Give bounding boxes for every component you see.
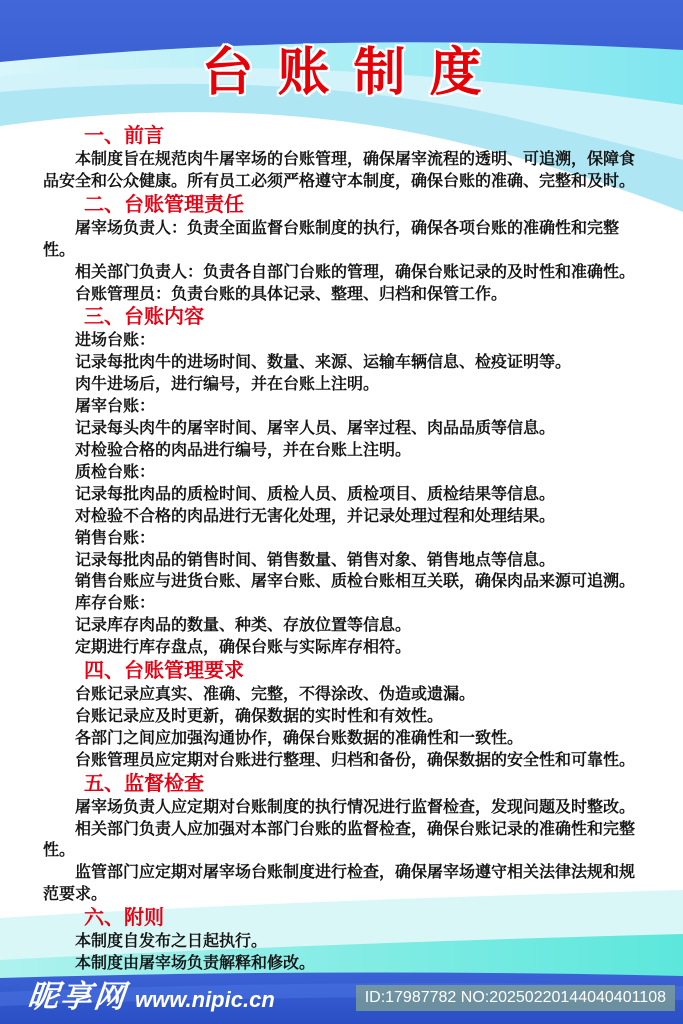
paragraph: 屠宰场负责人应定期对台账制度的执行情况进行监督检查，发现问题及时整改。	[43, 797, 643, 819]
document-section: 五、监督检查 屠宰场负责人应定期对台账制度的执行情况进行监督检查，发现问题及时整…	[43, 773, 643, 907]
section-heading: 四、台账管理要求	[84, 660, 643, 683]
section-heading: 三、台账内容	[84, 306, 643, 329]
paragraph: 记录每批肉品的质检时间、质检人员、质检项目、质检结果等信息。	[43, 484, 643, 506]
ledger-system-poster: 台账制度 一、前言 本制度旨在规范肉牛屠宰场的台账管理，确保屠宰流程的透明、可追…	[0, 0, 683, 1024]
document-section: 一、前言 本制度旨在规范肉牛屠宰场的台账管理，确保屠宰流程的透明、可追溯，保障食…	[43, 125, 643, 193]
paragraph: 记录每头肉牛的屠宰时间、屠宰人员、屠宰过程、肉品品质等信息。	[43, 418, 643, 440]
paragraph: 台账管理员应定期对台账进行整理、归档和备份，确保数据的安全性和可靠性。	[43, 750, 643, 772]
paragraph: 各部门之间应加强沟通协作，确保台账数据的准确性和一致性。	[43, 728, 643, 750]
image-id-badge: ID:17987782 NO:20250220144040401108	[356, 985, 675, 1011]
page-title: 台账制度	[0, 30, 683, 105]
section-heading: 二、台账管理责任	[84, 194, 643, 217]
section-heading: 一、前言	[84, 125, 643, 148]
paragraph: 屠宰台账：	[43, 396, 643, 418]
paragraph: 质检台账：	[43, 462, 643, 484]
paragraph: 销售台账：	[43, 528, 643, 550]
document-section: 六、附则 本制度自发布之日起执行。本制度由屠宰场负责解释和修改。	[43, 907, 643, 975]
paragraph: 库存台账：	[43, 593, 643, 615]
paragraph: 记录库存肉品的数量、种类、存放位置等信息。	[43, 615, 643, 637]
paragraph: 进场台账：	[43, 330, 643, 352]
document-body: 一、前言 本制度旨在规范肉牛屠宰场的台账管理，确保屠宰流程的透明、可追溯，保障食…	[43, 124, 643, 975]
paragraph: 记录每批肉品的销售时间、销售数量、销售对象、销售地点等信息。	[43, 550, 643, 572]
section-heading: 五、监督检查	[84, 773, 643, 796]
paragraph: 本制度旨在规范肉牛屠宰场的台账管理，确保屠宰流程的透明、可追溯，保障食品安全和公…	[43, 149, 643, 193]
paragraph: 记录每批肉牛的进场时间、数量、来源、运输车辆信息、检疫证明等。	[43, 352, 643, 374]
nipic-watermark-logo: 昵享网 www.nipic.cn	[28, 971, 275, 1016]
paragraph: 肉牛进场后，进行编号，并在台账上注明。	[43, 374, 643, 396]
paragraph: 台账记录应真实、准确、完整，不得涂改、伪造或遗漏。	[43, 684, 643, 706]
paragraph: 销售台账应与进货台账、屠宰台账、质检台账相互关联，确保肉品来源可追溯。	[43, 571, 643, 593]
nipic-logo-cn: 昵享网	[26, 971, 130, 1016]
paragraph: 相关部门负责人：负责各自部门台账的管理，确保台账记录的及时性和准确性。	[43, 262, 643, 284]
paragraph: 屠宰场负责人：负责全面监督台账制度的执行，确保各项台账的准确性和完整性。	[43, 218, 643, 262]
document-section: 三、台账内容 进场台账：记录每批肉牛的进场时间、数量、来源、运输车辆信息、检疫证…	[43, 306, 643, 659]
paragraph: 对检验合格的肉品进行编号，并在台账上注明。	[43, 440, 643, 462]
document-section: 四、台账管理要求 台账记录应真实、准确、完整，不得涂改、伪造或遗漏。台账记录应及…	[43, 660, 643, 772]
section-heading: 六、附则	[84, 907, 643, 930]
paragraph: 本制度自发布之日起执行。	[43, 931, 643, 953]
paragraph: 监管部门应定期对屠宰场台账制度进行检查，确保屠宰场遵守相关法律法规和规范要求。	[43, 862, 643, 906]
document-section: 二、台账管理责任 屠宰场负责人：负责全面监督台账制度的执行，确保各项台账的准确性…	[43, 194, 643, 306]
paragraph: 台账管理员：负责台账的具体记录、整理、归档和保管工作。	[43, 284, 643, 306]
paragraph: 相关部门负责人应加强对本部门台账的监督检查，确保台账记录的准确性和完整性。	[43, 819, 643, 863]
paragraph: 定期进行库存盘点，确保台账与实际库存相符。	[43, 637, 643, 659]
paragraph: 对检验不合格的肉品进行无害化处理，并记录处理过程和处理结果。	[43, 506, 643, 528]
paragraph: 台账记录应及时更新，确保数据的实时性和有效性。	[43, 706, 643, 728]
nipic-logo-url: www.nipic.cn	[135, 987, 275, 1013]
